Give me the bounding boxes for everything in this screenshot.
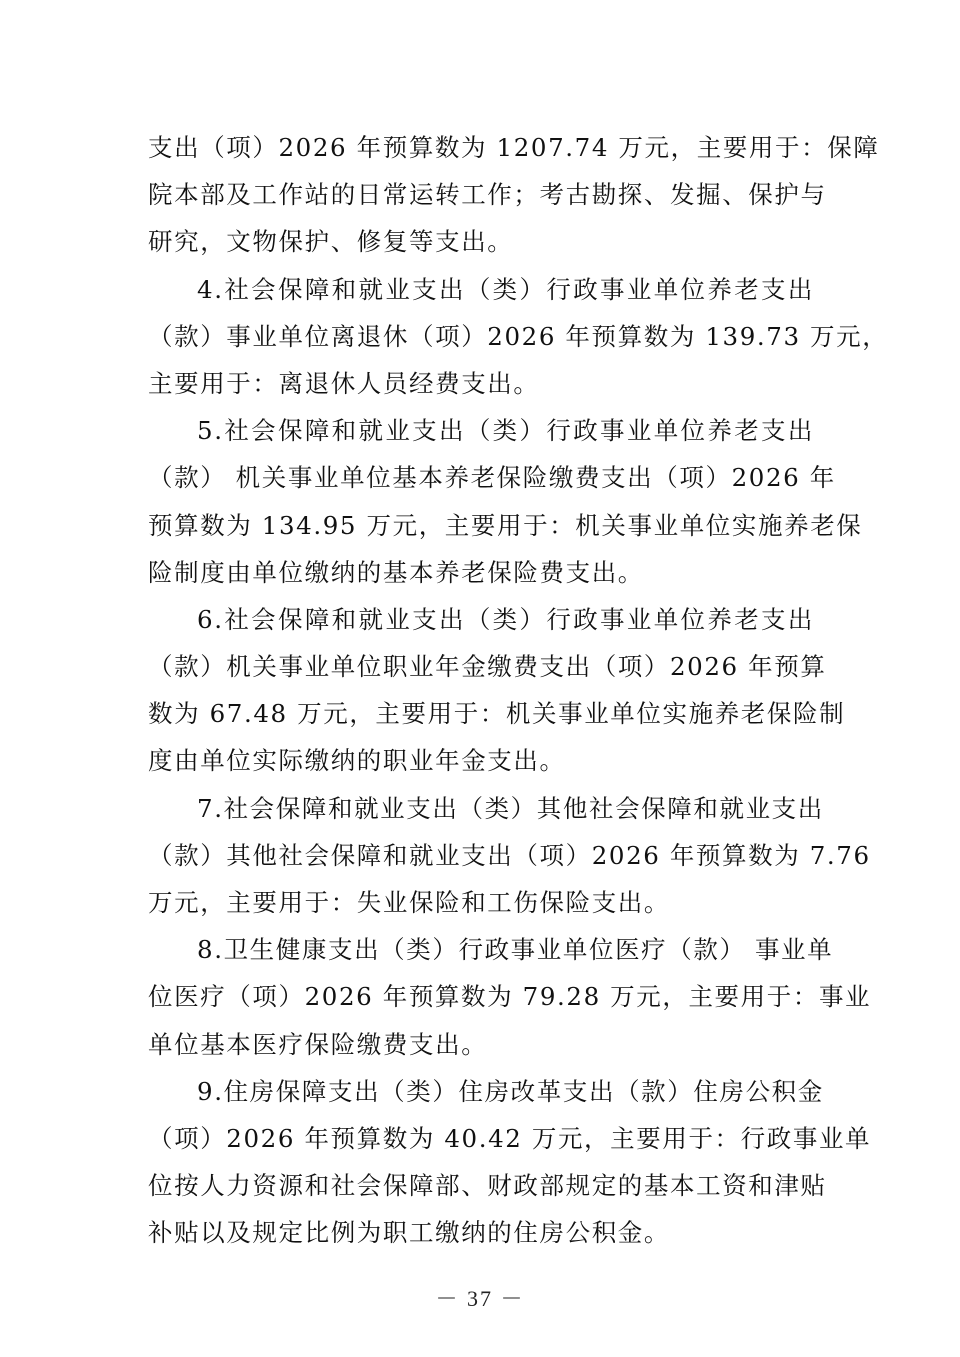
page-number: － 37 － bbox=[0, 1282, 960, 1313]
paragraph-7: 7.社会保障和就业支出（类）其他社会保障和就业支出 （款）其他社会保障和就业支出… bbox=[148, 785, 814, 927]
text-line: 4.社会保障和就业支出（类）行政事业单位养老支出 bbox=[148, 266, 814, 313]
text-line: 度由单位实际缴纳的职业年金支出。 bbox=[148, 737, 814, 784]
paragraph-8: 8.卫生健康支出（类）行政事业单位医疗（款） 事业单 位医疗（项）2026 年预… bbox=[148, 926, 814, 1068]
text-line: 支出（项）2026 年预算数为 1207.74 万元，主要用于：保障 bbox=[148, 124, 814, 171]
text-line: （款）其他社会保障和就业支出（项）2026 年预算数为 7.76 bbox=[148, 832, 814, 879]
text-line: 5.社会保障和就业支出（类）行政事业单位养老支出 bbox=[148, 407, 814, 454]
text-line: （款）机关事业单位职业年金缴费支出（项）2026 年预算 bbox=[148, 643, 814, 690]
text-line: 院本部及工作站的日常运转工作；考古勘探、发掘、保护与 bbox=[148, 171, 814, 218]
paragraph-9: 9.住房保障支出（类）住房改革支出（款）住房公积金 （项）2026 年预算数为 … bbox=[148, 1068, 814, 1257]
paragraph-5: 5.社会保障和就业支出（类）行政事业单位养老支出 （款） 机关事业单位基本养老保… bbox=[148, 407, 814, 596]
text-line: 位医疗（项）2026 年预算数为 79.28 万元，主要用于：事业 bbox=[148, 973, 814, 1020]
text-line: 险制度由单位缴纳的基本养老保险费支出。 bbox=[148, 549, 814, 596]
text-line: 预算数为 134.95 万元，主要用于：机关事业单位实施养老保 bbox=[148, 502, 814, 549]
paragraph-3-continuation: 支出（项）2026 年预算数为 1207.74 万元，主要用于：保障 院本部及工… bbox=[148, 124, 814, 266]
text-line: 6.社会保障和就业支出（类）行政事业单位养老支出 bbox=[148, 596, 814, 643]
text-line: 8.卫生健康支出（类）行政事业单位医疗（款） 事业单 bbox=[148, 926, 814, 973]
paragraph-6: 6.社会保障和就业支出（类）行政事业单位养老支出 （款）机关事业单位职业年金缴费… bbox=[148, 596, 814, 785]
text-line: （款） 机关事业单位基本养老保险缴费支出（项）2026 年 bbox=[148, 454, 814, 501]
text-line: 9.住房保障支出（类）住房改革支出（款）住房公积金 bbox=[148, 1068, 814, 1115]
text-line: （款）事业单位离退休（项）2026 年预算数为 139.73 万元， bbox=[148, 313, 814, 360]
document-page: 支出（项）2026 年预算数为 1207.74 万元，主要用于：保障 院本部及工… bbox=[0, 0, 960, 1357]
text-line: 主要用于：离退休人员经费支出。 bbox=[148, 360, 814, 407]
text-line: 单位基本医疗保险缴费支出。 bbox=[148, 1021, 814, 1068]
document-body: 支出（项）2026 年预算数为 1207.74 万元，主要用于：保障 院本部及工… bbox=[148, 124, 814, 1257]
text-line: 研究，文物保护、修复等支出。 bbox=[148, 218, 814, 265]
text-line: 补贴以及规定比例为职工缴纳的住房公积金。 bbox=[148, 1209, 814, 1256]
paragraph-4: 4.社会保障和就业支出（类）行政事业单位养老支出 （款）事业单位离退休（项）20… bbox=[148, 266, 814, 408]
text-line: （项）2026 年预算数为 40.42 万元，主要用于：行政事业单 bbox=[148, 1115, 814, 1162]
text-line: 万元，主要用于：失业保险和工伤保险支出。 bbox=[148, 879, 814, 926]
text-line: 位按人力资源和社会保障部、财政部规定的基本工资和津贴 bbox=[148, 1162, 814, 1209]
text-line: 7.社会保障和就业支出（类）其他社会保障和就业支出 bbox=[148, 785, 814, 832]
text-line: 数为 67.48 万元，主要用于：机关事业单位实施养老保险制 bbox=[148, 690, 814, 737]
